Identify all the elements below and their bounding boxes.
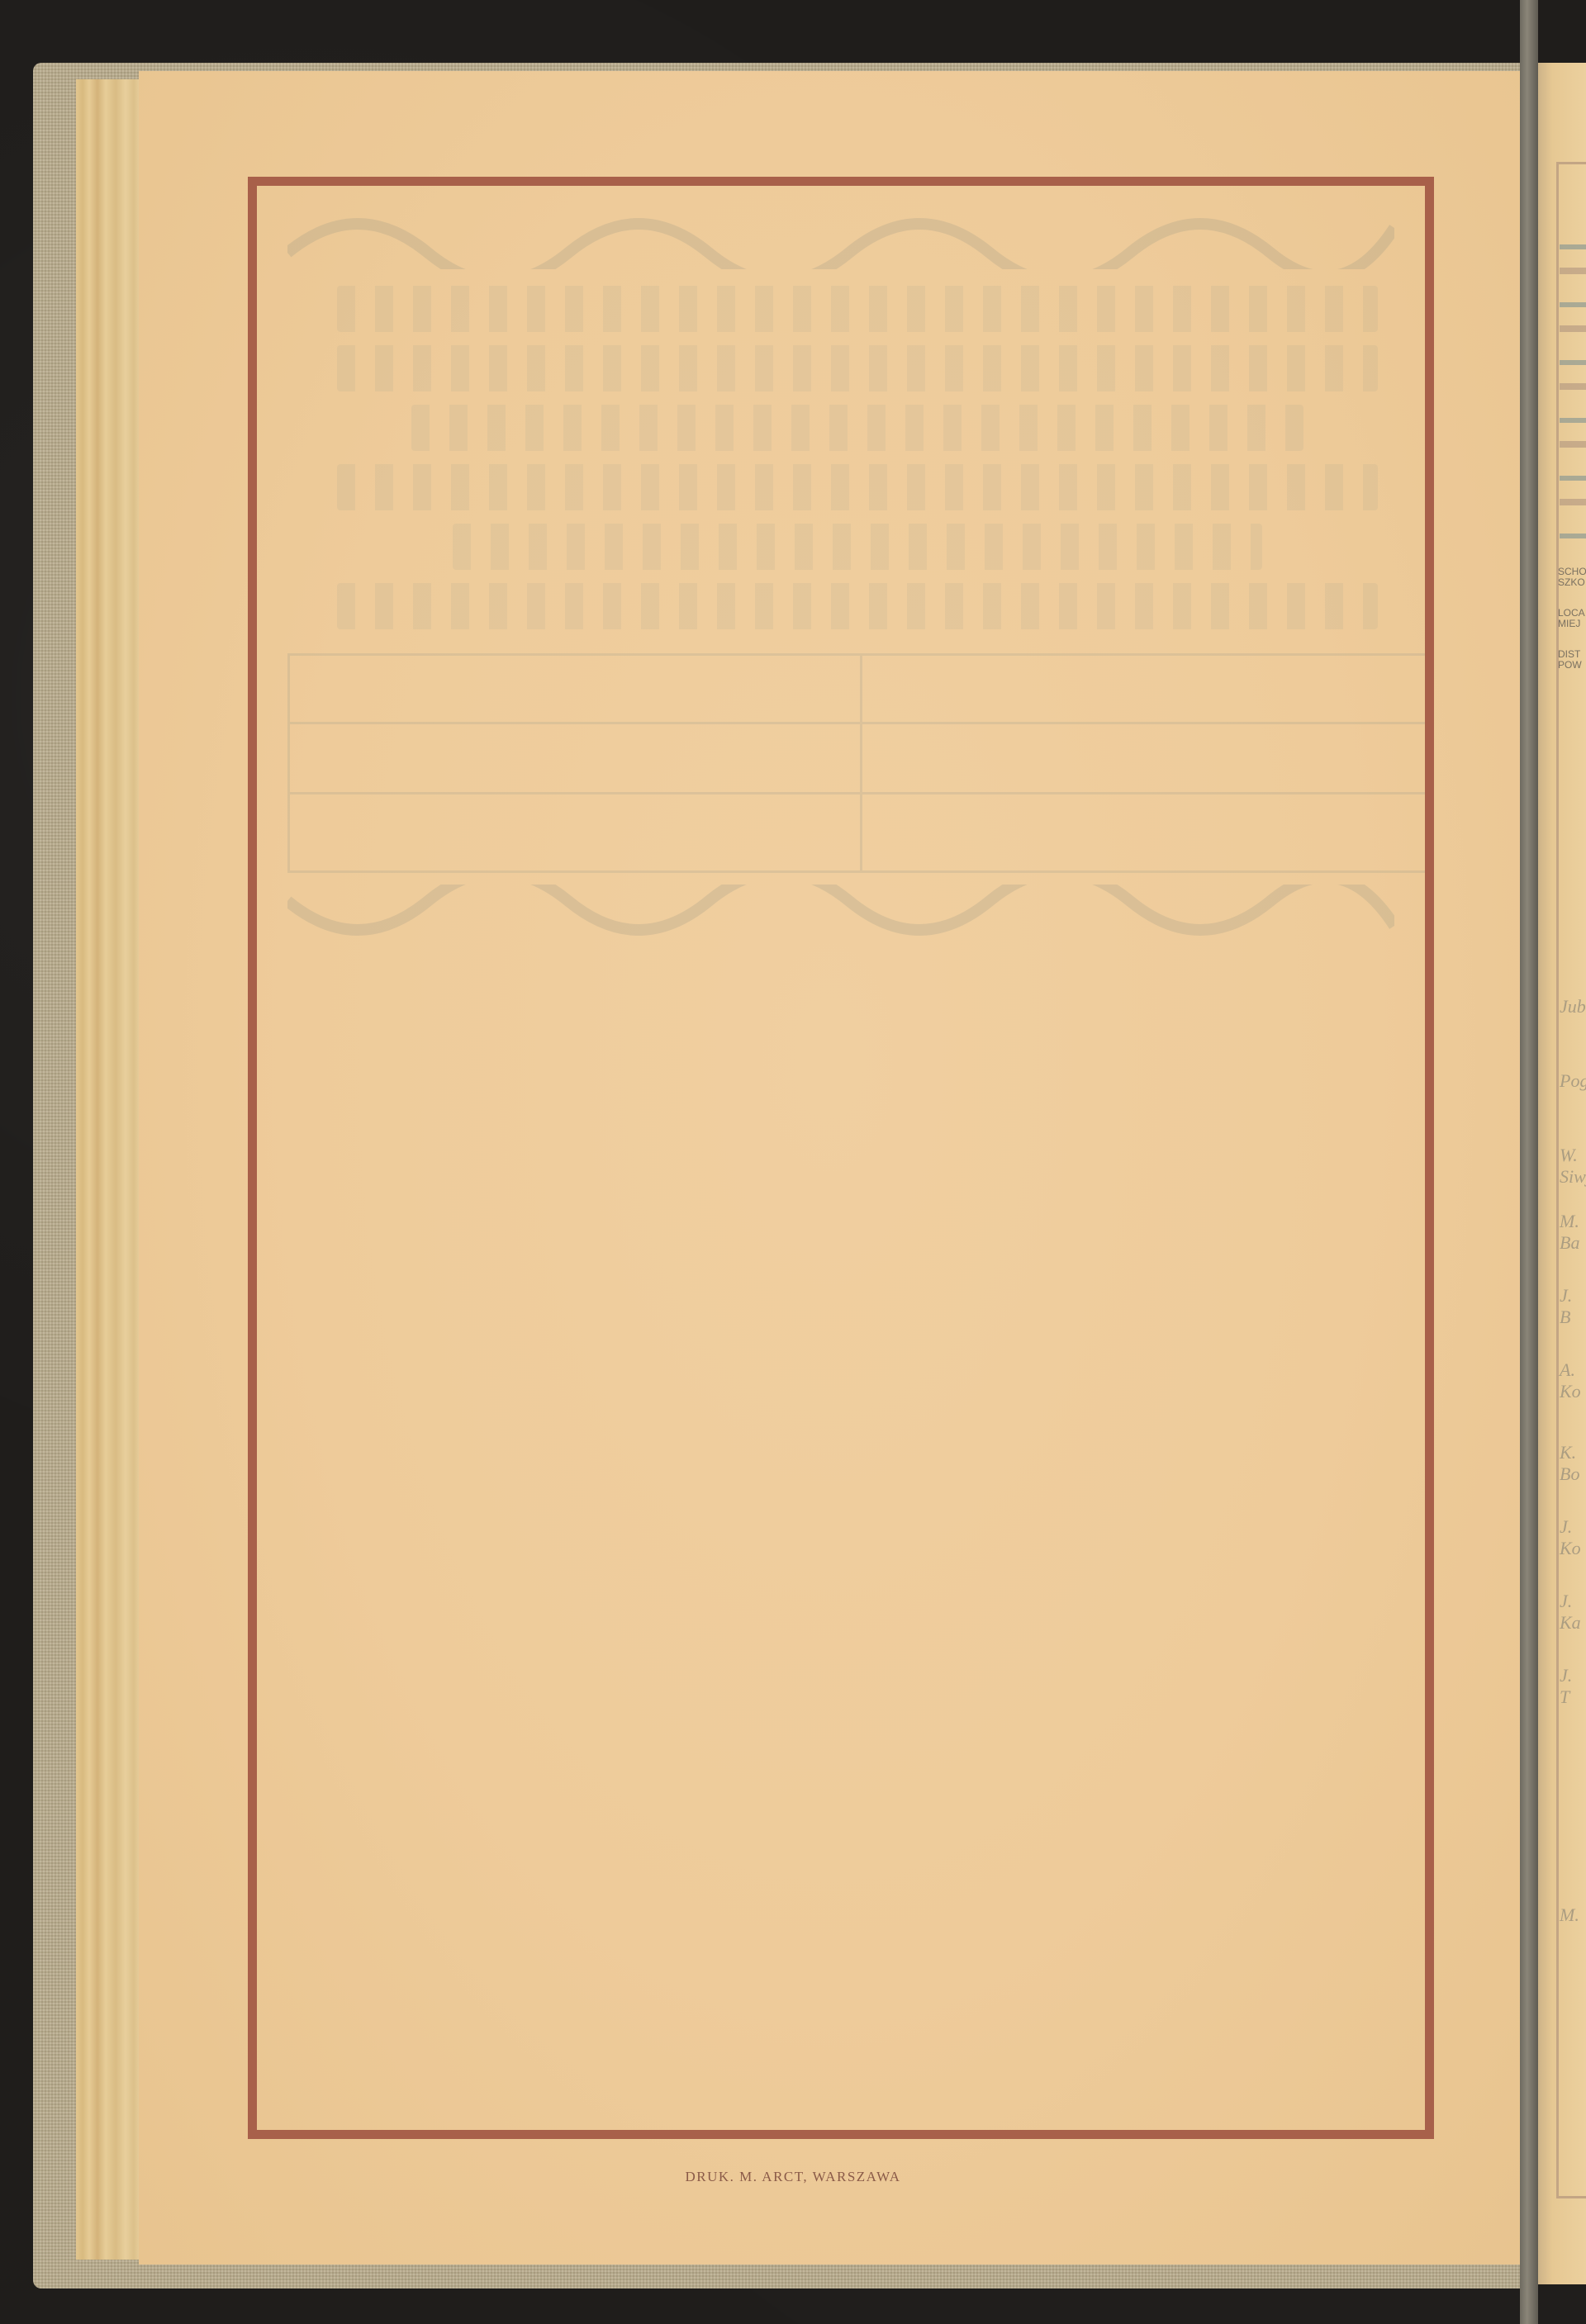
next-page-ornament-icon: [1560, 244, 1586, 542]
handwritten-entry: J. Ka: [1560, 1591, 1586, 1634]
next-page-label: MIEJ: [1558, 619, 1580, 629]
handwritten-entry: M.: [1560, 1904, 1579, 1926]
handwritten-entry: J. T: [1560, 1665, 1586, 1708]
printer-imprint: DRUK. M. ARCT, WARSZAWA: [0, 2169, 1586, 2185]
book-gutter: [1520, 0, 1538, 2324]
next-page-label: SZKO: [1558, 577, 1585, 588]
next-page-label: POW: [1558, 660, 1582, 671]
printed-border-frame: [248, 177, 1434, 2139]
handwritten-entry: K. Bo: [1560, 1442, 1586, 1485]
handwritten-entry: Jubil: [1560, 996, 1586, 1017]
handwritten-entry: W. Siwy: [1560, 1145, 1586, 1188]
handwritten-entry: A. Ko: [1560, 1359, 1586, 1402]
next-page-fragment: SCHO SZKO LOCA MIEJ DIST POW Jubil Pogon…: [1538, 63, 1586, 2284]
handwritten-entry: J. Ko: [1560, 1516, 1586, 1559]
handwritten-entry: Pogon: [1560, 1070, 1586, 1092]
page-edges: [76, 79, 142, 2260]
handwritten-entry: J. B: [1560, 1285, 1586, 1328]
handwritten-entry: M. Ba: [1560, 1211, 1586, 1254]
